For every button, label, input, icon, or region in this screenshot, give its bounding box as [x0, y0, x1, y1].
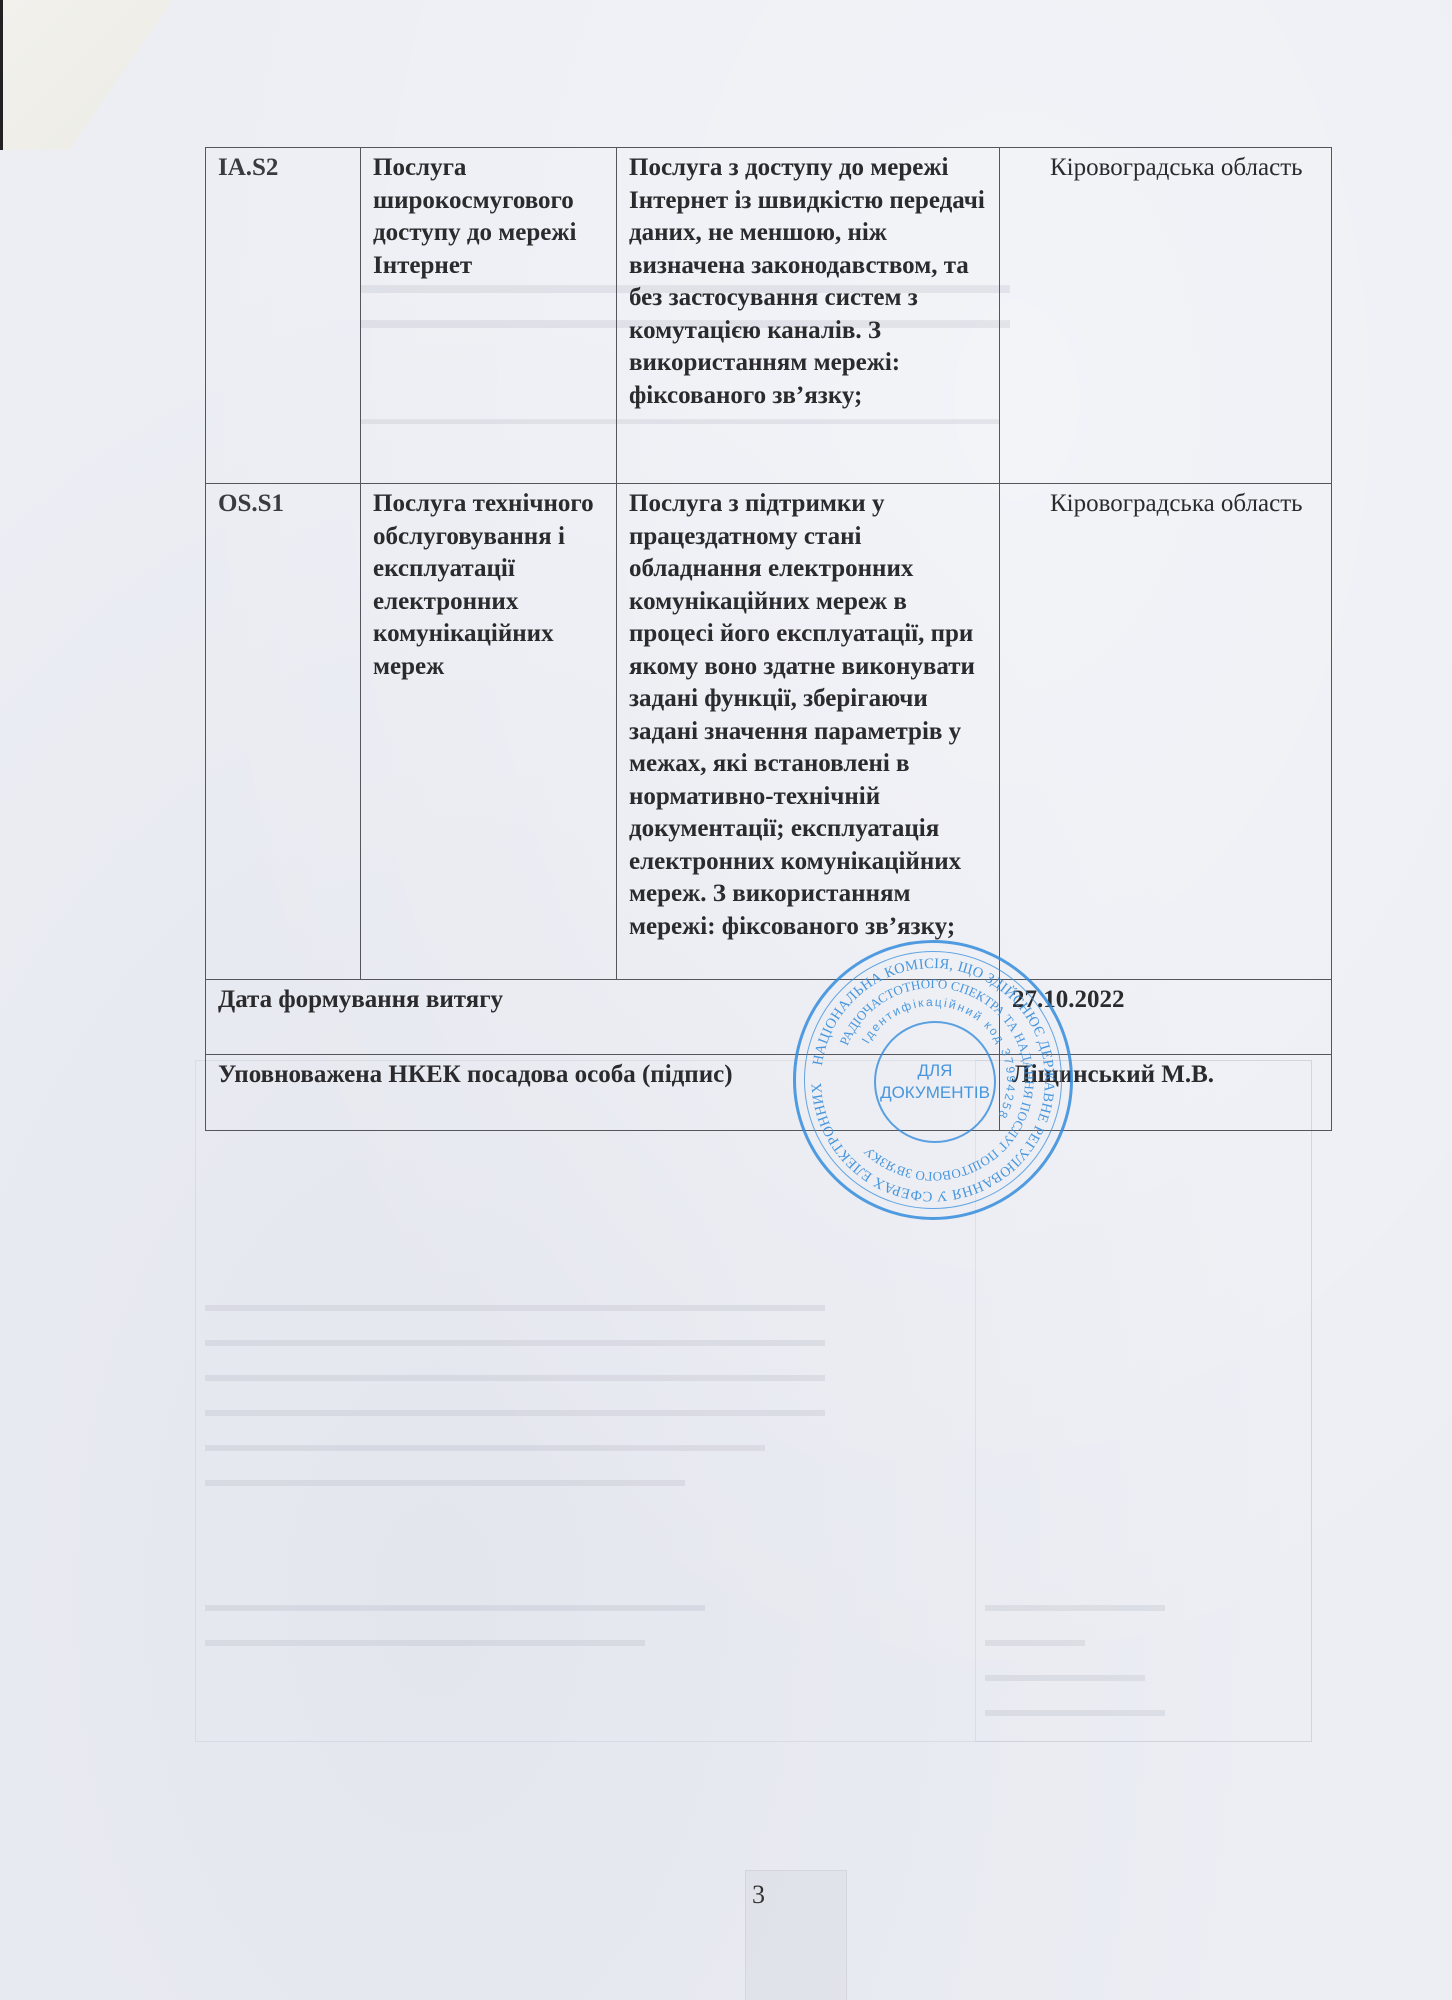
service-region: Кіровоградська область [1000, 484, 1332, 980]
service-code: OS.S1 [206, 484, 361, 980]
official-row: Уповноважена НКЕК посадова особа (підпис… [206, 1055, 1332, 1131]
region-text: Кіровоградська область [1050, 154, 1303, 181]
official-label: Уповноважена НКЕК посадова особа (підпис… [206, 1055, 1000, 1131]
service-description: Послуга з підтримки у працездатному стан… [617, 484, 1000, 980]
services-extract-table: IA.S2 Послуга широкосмугового доступу до… [205, 147, 1332, 1131]
region-text: Кіровоградська область [1050, 490, 1303, 517]
date-value: 27.10.2022 [1000, 980, 1332, 1055]
official-value: Ліщинський М.В. [1000, 1055, 1332, 1131]
service-name: Послуга широкосмугового доступу до мереж… [361, 148, 617, 484]
service-description: Послуга з доступу до мережі Інтернет із … [617, 148, 1000, 484]
service-code: IA.S2 [206, 148, 361, 484]
service-name: Послуга технічного обслуговування і експ… [361, 484, 617, 980]
table-row: OS.S1 Послуга технічного обслуговування … [206, 484, 1332, 980]
date-label: Дата формування витягу [206, 980, 1000, 1055]
date-row: Дата формування витягу 27.10.2022 [206, 980, 1332, 1055]
service-region: Кіровоградська область [1000, 148, 1332, 484]
page-number: 3 [752, 1880, 765, 1910]
table-row: IA.S2 Послуга широкосмугового доступу до… [206, 148, 1332, 484]
